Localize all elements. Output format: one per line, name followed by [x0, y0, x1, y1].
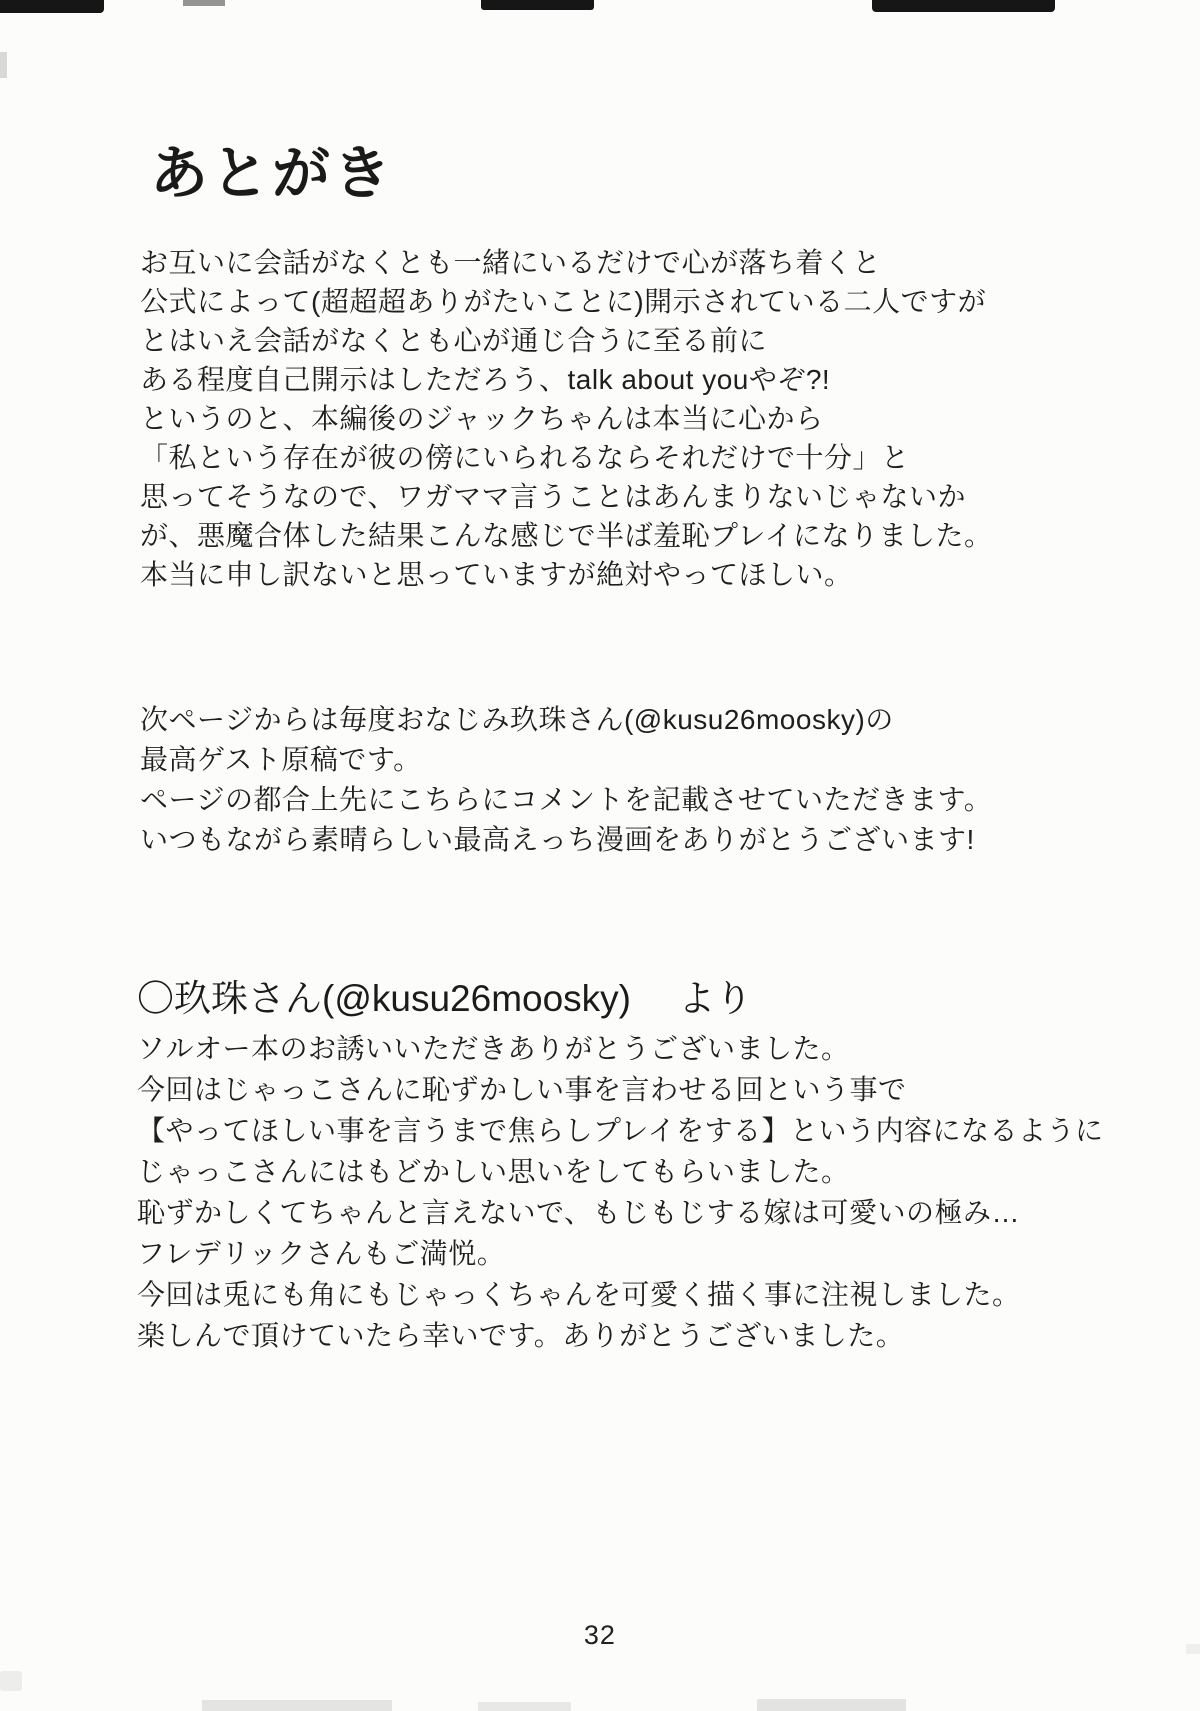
scan-artifact-top-left: [0, 0, 104, 13]
scan-artifact-bottom: [478, 1702, 571, 1711]
scan-artifact-bottom: [202, 1700, 392, 1711]
text-line: 今回は兎にも角にもじゃっくちゃんを可愛く描く事に注視しました。: [137, 1274, 1103, 1315]
text-line: とはいえ会話がなくとも心が通じ合うに至る前に: [140, 321, 992, 360]
text-line: が、悪魔合体した結果こんな感じで半ば羞恥プレイになりました。: [140, 516, 992, 555]
text-line: 本当に申し訳ないと思っていますが絶対やってほしい。: [140, 555, 992, 594]
afterword-paragraph-guest-intro: 次ページからは毎度おなじみ玖珠さん(@kusu26moosky)の 最高ゲスト原…: [140, 700, 992, 860]
text-line: 【やってほしい事を言うまで焦らしプレイをする】という内容になるように: [137, 1110, 1103, 1151]
guest-comment-header: 〇玖珠さん(@kusu26moosky) より: [137, 968, 752, 1022]
text-line: 公式によって(超超超ありがたいことに)開示されている二人ですが: [140, 282, 992, 321]
scan-artifact-top-right: [872, 0, 1055, 12]
guest-comment-paragraph: ソルオー本のお誘いいただきありがとうございました。 今回はじゃっこさんに恥ずかし…: [137, 1028, 1103, 1356]
text-line: 楽しんで頂けていたら幸いです。ありがとうございました。: [137, 1315, 1103, 1356]
text-line: というのと、本編後のジャックちゃんは本当に心から: [140, 399, 992, 438]
text-line: 今回はじゃっこさんに恥ずかしい事を言わせる回という事で: [137, 1069, 1103, 1110]
afterword-page: あとがき お互いに会話がなくとも一緒にいるだけで心が落ち着くと 公式によって(超…: [0, 0, 1200, 1711]
text-line: フレデリックさんもご満悦。: [137, 1233, 1103, 1274]
text-line: ソルオー本のお誘いいただきありがとうございました。: [137, 1028, 1103, 1069]
text-line: 恥ずかしくてちゃんと言えないで、もじもじする嫁は可愛いの極み…: [137, 1192, 1103, 1233]
text-line: お互いに会話がなくとも一緒にいるだけで心が落ち着くと: [140, 243, 992, 282]
text-line: 次ページからは毎度おなじみ玖珠さん(@kusu26moosky)の: [140, 700, 992, 740]
scan-artifact-right-edge: [1186, 1644, 1200, 1654]
text-line: ページの都合上先にこちらにコメントを記載させていただきます。: [140, 780, 992, 820]
text-line: 最高ゲスト原稿です。: [140, 740, 992, 780]
afterword-paragraph-main: お互いに会話がなくとも一緒にいるだけで心が落ち着くと 公式によって(超超超ありが…: [140, 243, 992, 594]
text-line: 「私という存在が彼の傍にいられるならそれだけで十分」と: [140, 438, 992, 477]
text-line: ある程度自己開示はしただろう、talk about youやぞ?!: [140, 360, 992, 399]
scan-artifact-bottom: [757, 1699, 906, 1711]
text-line: じゃっこさんにはもどかしい思いをしてもらいました。: [137, 1151, 1103, 1192]
text-line: 思ってそうなので、ワガママ言うことはあんまりないじゃないか: [140, 477, 992, 516]
scan-artifact-left-edge: [0, 52, 7, 78]
page-title: あとがき: [150, 126, 394, 210]
text-line: いつもながら素晴らしい最高えっち漫画をありがとうございます!: [140, 820, 992, 860]
page-number: 32: [584, 1620, 616, 1651]
scan-artifact-bottom-left: [0, 1671, 22, 1691]
scan-artifact-top: [183, 0, 225, 6]
scan-artifact-top-middle: [481, 0, 594, 10]
